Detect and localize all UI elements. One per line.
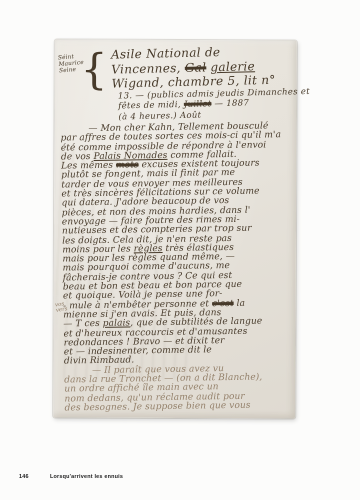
letterhead-lines: Asile National deVincennes, Gal galerieW…: [108, 42, 311, 123]
brace-glyph: {: [81, 47, 108, 93]
letterhead: Séint Maurice Seine { Asile National deV…: [57, 46, 292, 123]
manuscript-line: des besognes. Je suppose bien que vous: [65, 401, 298, 414]
caption: Lorsqu'arrivent les ennuis: [50, 473, 123, 479]
page-number: 146: [19, 473, 29, 479]
margin-annotation: vos vers: [55, 301, 68, 314]
letterhead-place: Séint Maurice Seine: [58, 53, 76, 74]
letterhead-place-line: Seine: [59, 66, 76, 74]
manuscript-scan: Séint Maurice Seine { Asile National deV…: [53, 39, 297, 418]
letter-body: — Mon cher Kahn, Tellement bousculépar a…: [60, 122, 297, 414]
